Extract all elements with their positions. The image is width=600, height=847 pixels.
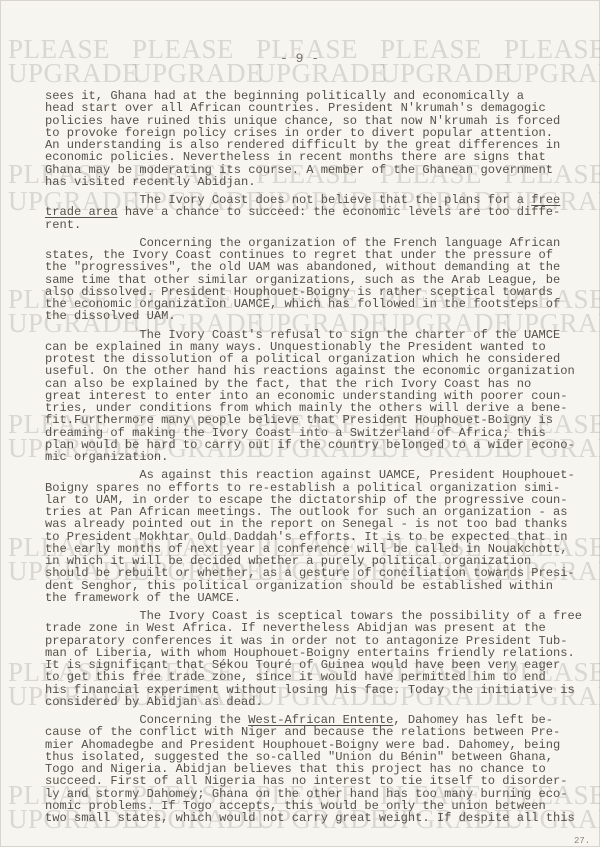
text-line: policies have ruined this unique chance,… (45, 115, 575, 127)
document-page: PLEASEPLEASEPLEASEPLEASEPLEASE UPGRADEUP… (0, 0, 600, 847)
text-line: was already pointed out in the report on… (45, 518, 575, 530)
text-line: the dissolved UAM. (45, 310, 575, 322)
text-line: has visited recently Abidjan. (45, 176, 575, 188)
text-line: As against this reaction against UAMCE, … (45, 469, 575, 481)
text-line: dent Senghor, this political organizatio… (45, 580, 575, 592)
text-line: rent. (45, 219, 575, 231)
text-line: same time that other similar organizatio… (45, 274, 575, 286)
text-line: two small states, which would not carry … (45, 812, 575, 824)
text-line: mic organization. (45, 451, 575, 463)
text-line: to get this free trade zone, since it wo… (45, 671, 575, 683)
paragraph-political-organization: As against this reaction against UAMCE, … (45, 469, 575, 604)
text-line: mier Ahomadegbe and President Houphouet-… (45, 739, 575, 751)
text-line: cause of the conflict with Niger and bec… (45, 726, 575, 738)
text-line: to President Mokhtar Ould Daddah's effor… (45, 531, 575, 543)
document-body: sees it, Ghana had at the beginning poli… (45, 90, 575, 830)
text-line: ly and stormy Dahomey; Ghana on the othe… (45, 788, 575, 800)
text-line: considered by Abidjan as dead. (45, 696, 575, 708)
text-line: his financial experiment without losing … (45, 684, 575, 696)
text-line: can also be explained by the fact, that … (45, 378, 575, 390)
paragraph-uamce-refusal: The Ivory Coast's refusal to sign the ch… (45, 329, 575, 464)
paragraph-uam: Concerning the organization of the Frenc… (45, 237, 575, 323)
text-line: Ghana may be moderating its course. A me… (45, 164, 575, 176)
archive-page-mark: 27. (574, 836, 590, 846)
paragraph-free-trade-area: The Ivory Coast does not believe that th… (45, 194, 575, 231)
text-line: dreaming of making the Ivory Coast into … (45, 427, 575, 439)
text-line: trade area have a chance to succeed: the… (45, 206, 575, 218)
text-line: should be rebuilt or whether, as a gestu… (45, 567, 575, 579)
text-line: fit.Furthermore many people believe that… (45, 414, 575, 426)
paragraph-ghana: sees it, Ghana had at the beginning poli… (45, 90, 575, 188)
text-line: head start over all African countries. P… (45, 102, 575, 114)
page-number: - 9 - (280, 51, 319, 66)
text-line: trade zone in West Africa. If neverthele… (45, 622, 575, 634)
text-line: preparatory conferences it was in order … (45, 635, 575, 647)
text-line: The Ivory Coast's refusal to sign the ch… (45, 329, 575, 341)
paragraph-free-trade-zone: The Ivory Coast is sceptical towars the … (45, 610, 575, 708)
text-line: Boigny spares no efforts to re-establish… (45, 482, 575, 494)
paragraph-west-african-entente: Concerning the West-African Entente, Dah… (45, 714, 575, 824)
text-line: economic policies. Nevertheless in recen… (45, 151, 575, 163)
text-line: useful. On the other hand his reactions … (45, 365, 575, 377)
text-line: the "progressives", the old UAM was aban… (45, 261, 575, 273)
text-line: succeed. First of all Nigeria has no int… (45, 775, 575, 787)
text-line: the framework of the UAMCE. (45, 592, 575, 604)
